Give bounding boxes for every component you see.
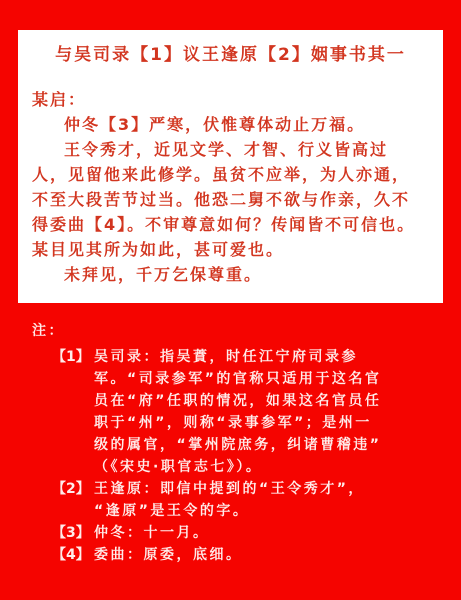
letter-line: 未拜见，千万乞保尊重。: [32, 262, 429, 287]
letter-panel: 与吴司录【1】议王逢原【2】姻事书其一 某启： 仲冬【3】严寒，伏惟尊体动止万福…: [18, 30, 443, 303]
letter-line: 某目见其所为如此，甚可爱也。: [32, 237, 429, 262]
letter-line: 人，见留他来此修学。虽贫不应举，为人亦通，: [32, 162, 429, 187]
note-line: 级的属官，“掌州院庶务，纠诸曹稽违”: [94, 434, 447, 456]
note-line: “逢原”是王令的字。: [94, 500, 447, 522]
note-line: 吴司录：指吴蕡，时任江宁府司录参: [94, 346, 447, 368]
note-item: 【1】 吴司录：指吴蕡，时任江宁府司录参 军。“司录参军”的官称只适用于这名官 …: [52, 346, 447, 478]
note-line: 员在“府”任职的情况，如果这名官员任: [94, 390, 447, 412]
notes-header: 注：: [32, 320, 447, 342]
note-label: 【3】: [52, 522, 94, 544]
note-item: 【4】 委曲：原委，底细。: [52, 544, 447, 566]
note-label: 【4】: [52, 544, 94, 566]
note-label: 【2】: [52, 478, 94, 500]
note-item: 【2】 王逢原：即信中提到的“王令秀才”， “逢原”是王令的字。: [52, 478, 447, 522]
note-text: 仲冬：十一月。: [94, 522, 447, 544]
note-line: 委曲：原委，底细。: [94, 544, 447, 566]
note-text: 王逢原：即信中提到的“王令秀才”， “逢原”是王令的字。: [94, 478, 447, 522]
note-line: 军。“司录参军”的官称只适用于这名官: [94, 368, 447, 390]
letter-line: 不至大段苦节过当。他恐二舅不欲与作亲，久不: [32, 187, 429, 212]
note-line: 职于“州”，则称“录事参军”；是州一: [94, 412, 447, 434]
notes-section: 注： 【1】 吴司录：指吴蕡，时任江宁府司录参 军。“司录参军”的官称只适用于这…: [32, 320, 447, 566]
note-text: 吴司录：指吴蕡，时任江宁府司录参 军。“司录参军”的官称只适用于这名官 员在“府…: [94, 346, 447, 478]
note-text: 委曲：原委，底细。: [94, 544, 447, 566]
page-background: 与吴司录【1】议王逢原【2】姻事书其一 某启： 仲冬【3】严寒，伏惟尊体动止万福…: [0, 0, 461, 600]
note-line: （《宋史·职官志七》）。: [94, 456, 447, 478]
note-item: 【3】 仲冬：十一月。: [52, 522, 447, 544]
note-line: 仲冬：十一月。: [94, 522, 447, 544]
letter-body: 某启： 仲冬【3】严寒，伏惟尊体动止万福。 王令秀才，近见文学、才智、行义皆高过…: [32, 87, 429, 287]
letter-line: 王令秀才，近见文学、才智、行义皆高过: [32, 137, 429, 162]
note-label: 【1】: [52, 346, 94, 368]
letter-line: 得委曲【4】。不审尊意如何？传闻皆不可信也。: [32, 212, 429, 237]
note-line: 王逢原：即信中提到的“王令秀才”，: [94, 478, 447, 500]
letter-line: 仲冬【3】严寒，伏惟尊体动止万福。: [32, 112, 429, 137]
letter-line: 某启：: [32, 87, 429, 112]
letter-title: 与吴司录【1】议王逢原【2】姻事书其一: [32, 44, 429, 66]
